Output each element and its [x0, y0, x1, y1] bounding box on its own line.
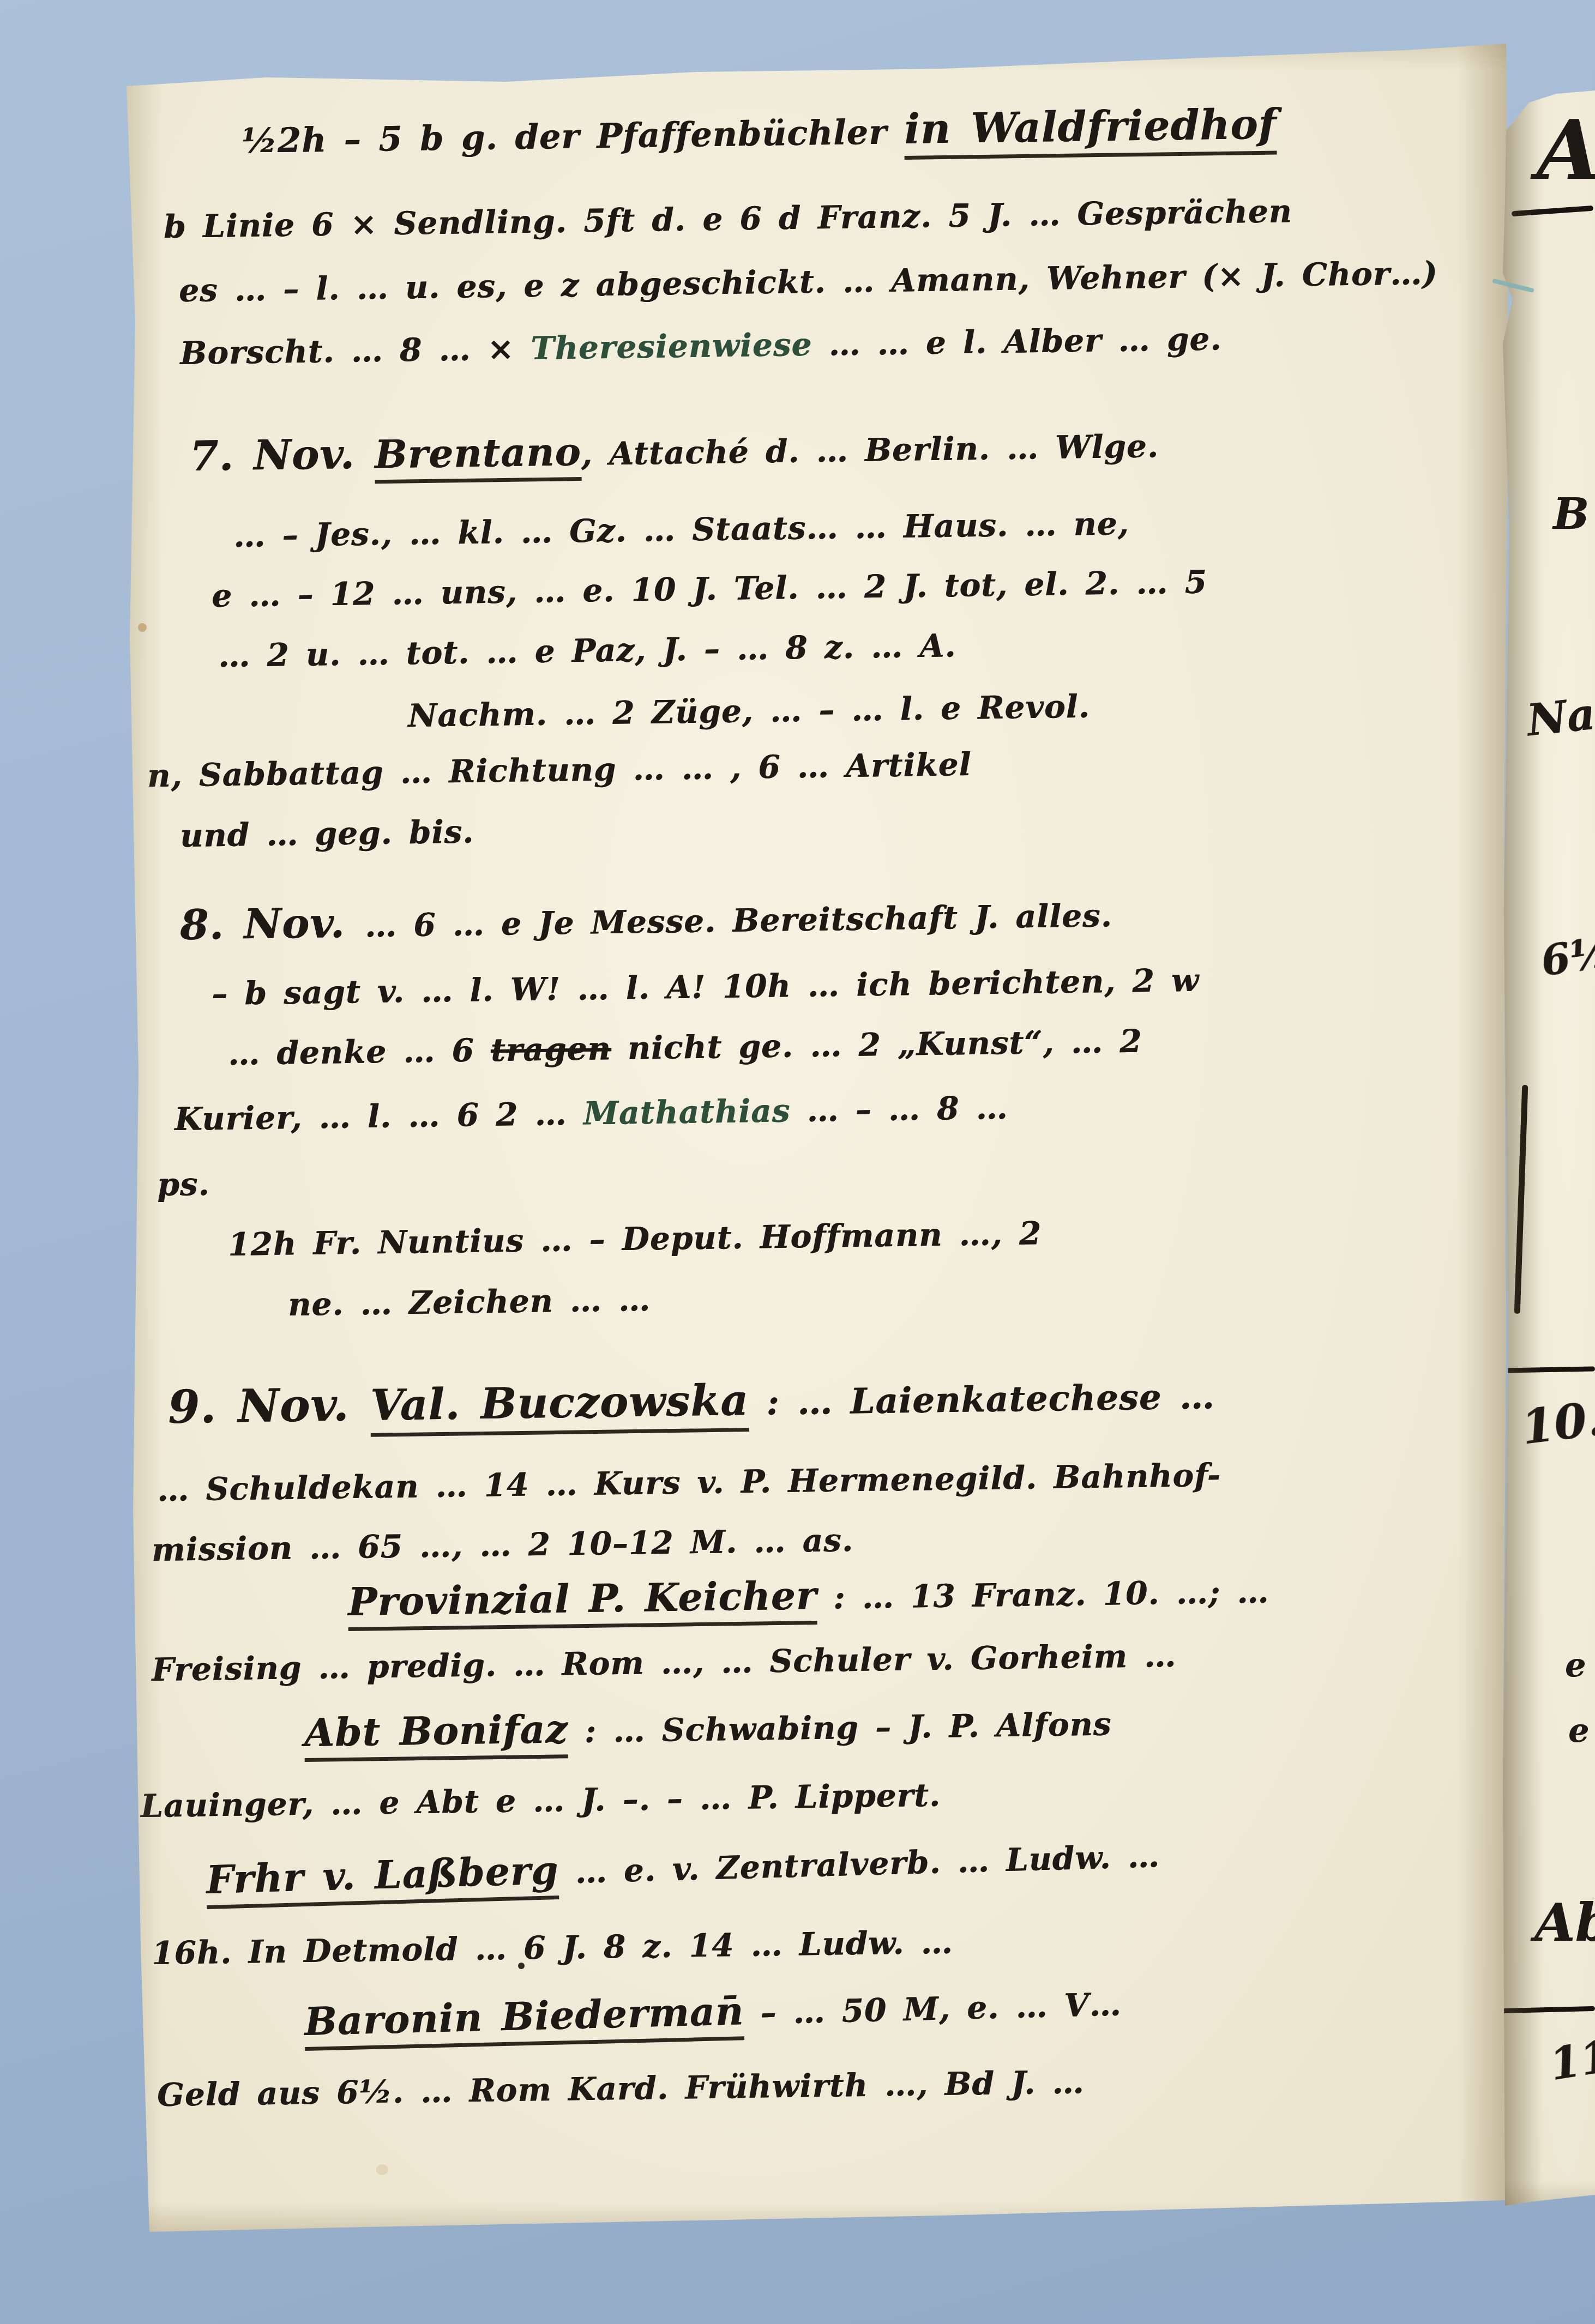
handwriting-line: 16h. In Detmold … 6 J. 8 z. 14 … Ludw. …	[151, 1914, 953, 1974]
underlined-name: in Waldfriedhof	[904, 100, 1277, 160]
handwriting-line: Frhr v. Laßberg … e. v. Zentralverb. … L…	[206, 1828, 1160, 1903]
notebook-page-right: A B Na 6½ 10. e e Ab 11.	[1502, 38, 1595, 2213]
handwriting-line: es … – l. … u. es, e z abgeschickt. … Am…	[178, 245, 1438, 311]
handwriting-line: Borscht. … 8 … × Theresienwiese … … e l.…	[179, 311, 1221, 374]
handwriting-line: Lauinger, … e Abt e … J. –. – … P. Lippe…	[140, 1767, 941, 1827]
handwriting-fragment: e	[1568, 1712, 1589, 1750]
heading-underline	[1512, 206, 1593, 216]
handwriting-line: … Schuldekan … 14 … Kurs v. P. Hermenegi…	[157, 1447, 1221, 1511]
margin-stroke	[1514, 1085, 1528, 1314]
notebook-page-left: ½2h – 5 b g. der Pfaffenbüchler in Waldf…	[124, 38, 1509, 2241]
handwriting-fragment: 6½	[1538, 927, 1595, 986]
handwriting-line: 7. Nov. Brentano, Attaché d. … Berlin. ……	[189, 418, 1159, 480]
handwriting-line: … – Jes., … kl. … Gz. … Staats… … Haus. …	[233, 496, 1129, 557]
handwriting-line: 9. Nov. Val. Buczowska : … Laienkateches…	[167, 1366, 1215, 1434]
handwriting-line: ps.	[157, 1156, 210, 1205]
handwriting-line: … 2 u. … tot. … e Paz, J. – … 8 z. … A.	[218, 618, 956, 677]
scanned-diary-photo: ½2h – 5 b g. der Pfaffenbüchler in Waldf…	[0, 0, 1595, 2324]
handwriting-line: Geld aus 6½. … Rom Kard. Frühwirth …, Bd…	[157, 2054, 1084, 2116]
handwriting-line: Nachm. … 2 Züge, … – … l. e Revol.	[407, 679, 1090, 737]
line-text: ½2h – 5 b g. der Pfaffenbüchler	[242, 112, 905, 161]
entry-separator-line	[1502, 2006, 1595, 2013]
entry-separator-line	[1502, 1367, 1595, 1373]
handwriting-line: 8. Nov. … 6 … e Je Messe. Bereitschaft J…	[179, 888, 1112, 949]
handwriting-line: – b sagt v. … l. W! … l. A! 10h … ich be…	[211, 952, 1199, 1015]
handwriting-line: ne. … Zeichen … …	[287, 1272, 651, 1325]
handwriting-line: 12h Fr. Nuntius … – Deput. Hoffmann …, 2	[227, 1205, 1042, 1265]
handwriting-line: Kurier, … l. … 6 2 … Mathathias … – … 8 …	[174, 1080, 1008, 1140]
handwriting-line: Freising … predig. … Rom …, … Schuler v.…	[151, 1628, 1176, 1691]
handwriting-line: ½2h – 5 b g. der Pfaffenbüchler in Waldf…	[241, 98, 1277, 164]
handwriting-line: … denke … 6 tragen nicht ge. … 2 „Kunst“…	[227, 1013, 1142, 1075]
handwriting-fragment: 10.	[1518, 1391, 1595, 1455]
handwriting-line: mission … 65 …, … 2 10–12 M. … as.	[151, 1512, 853, 1571]
handwriting-line: und … geg. bis.	[179, 804, 474, 856]
handwriting-fragment: e	[1565, 1646, 1586, 1685]
handwriting-fragment: Na	[1524, 688, 1595, 746]
handwriting-fragment: A	[1537, 102, 1595, 198]
handwriting-line: e … – 12 … uns, … e. 10 J. Tel. … 2 J. t…	[211, 554, 1207, 617]
handwriting-fragment: B	[1553, 490, 1589, 539]
handwriting-line: b Linie 6 × Sendling. 5ft d. e 6 d Franz…	[163, 183, 1292, 248]
handwriting-line: Baronin Biederman̄ – … 50 M, e. … V…	[304, 1976, 1122, 2045]
handwriting-fragment: 11.	[1546, 2028, 1595, 2091]
foxing-spot	[376, 2164, 388, 2175]
ink-dot	[518, 1963, 525, 1969]
handwriting-line: Provinzial P. Keicher : … 13 Franz. 10. …	[347, 1564, 1269, 1625]
handwriting-line: n, Sabbattag … Richtung … … , 6 … Artike…	[147, 737, 972, 796]
foxing-spot	[138, 623, 147, 632]
handwriting-fragment: Ab	[1534, 1892, 1595, 1953]
handwriting-line: Abt Bonifaz : … Schwabing – J. P. Alfons	[304, 1696, 1111, 1756]
